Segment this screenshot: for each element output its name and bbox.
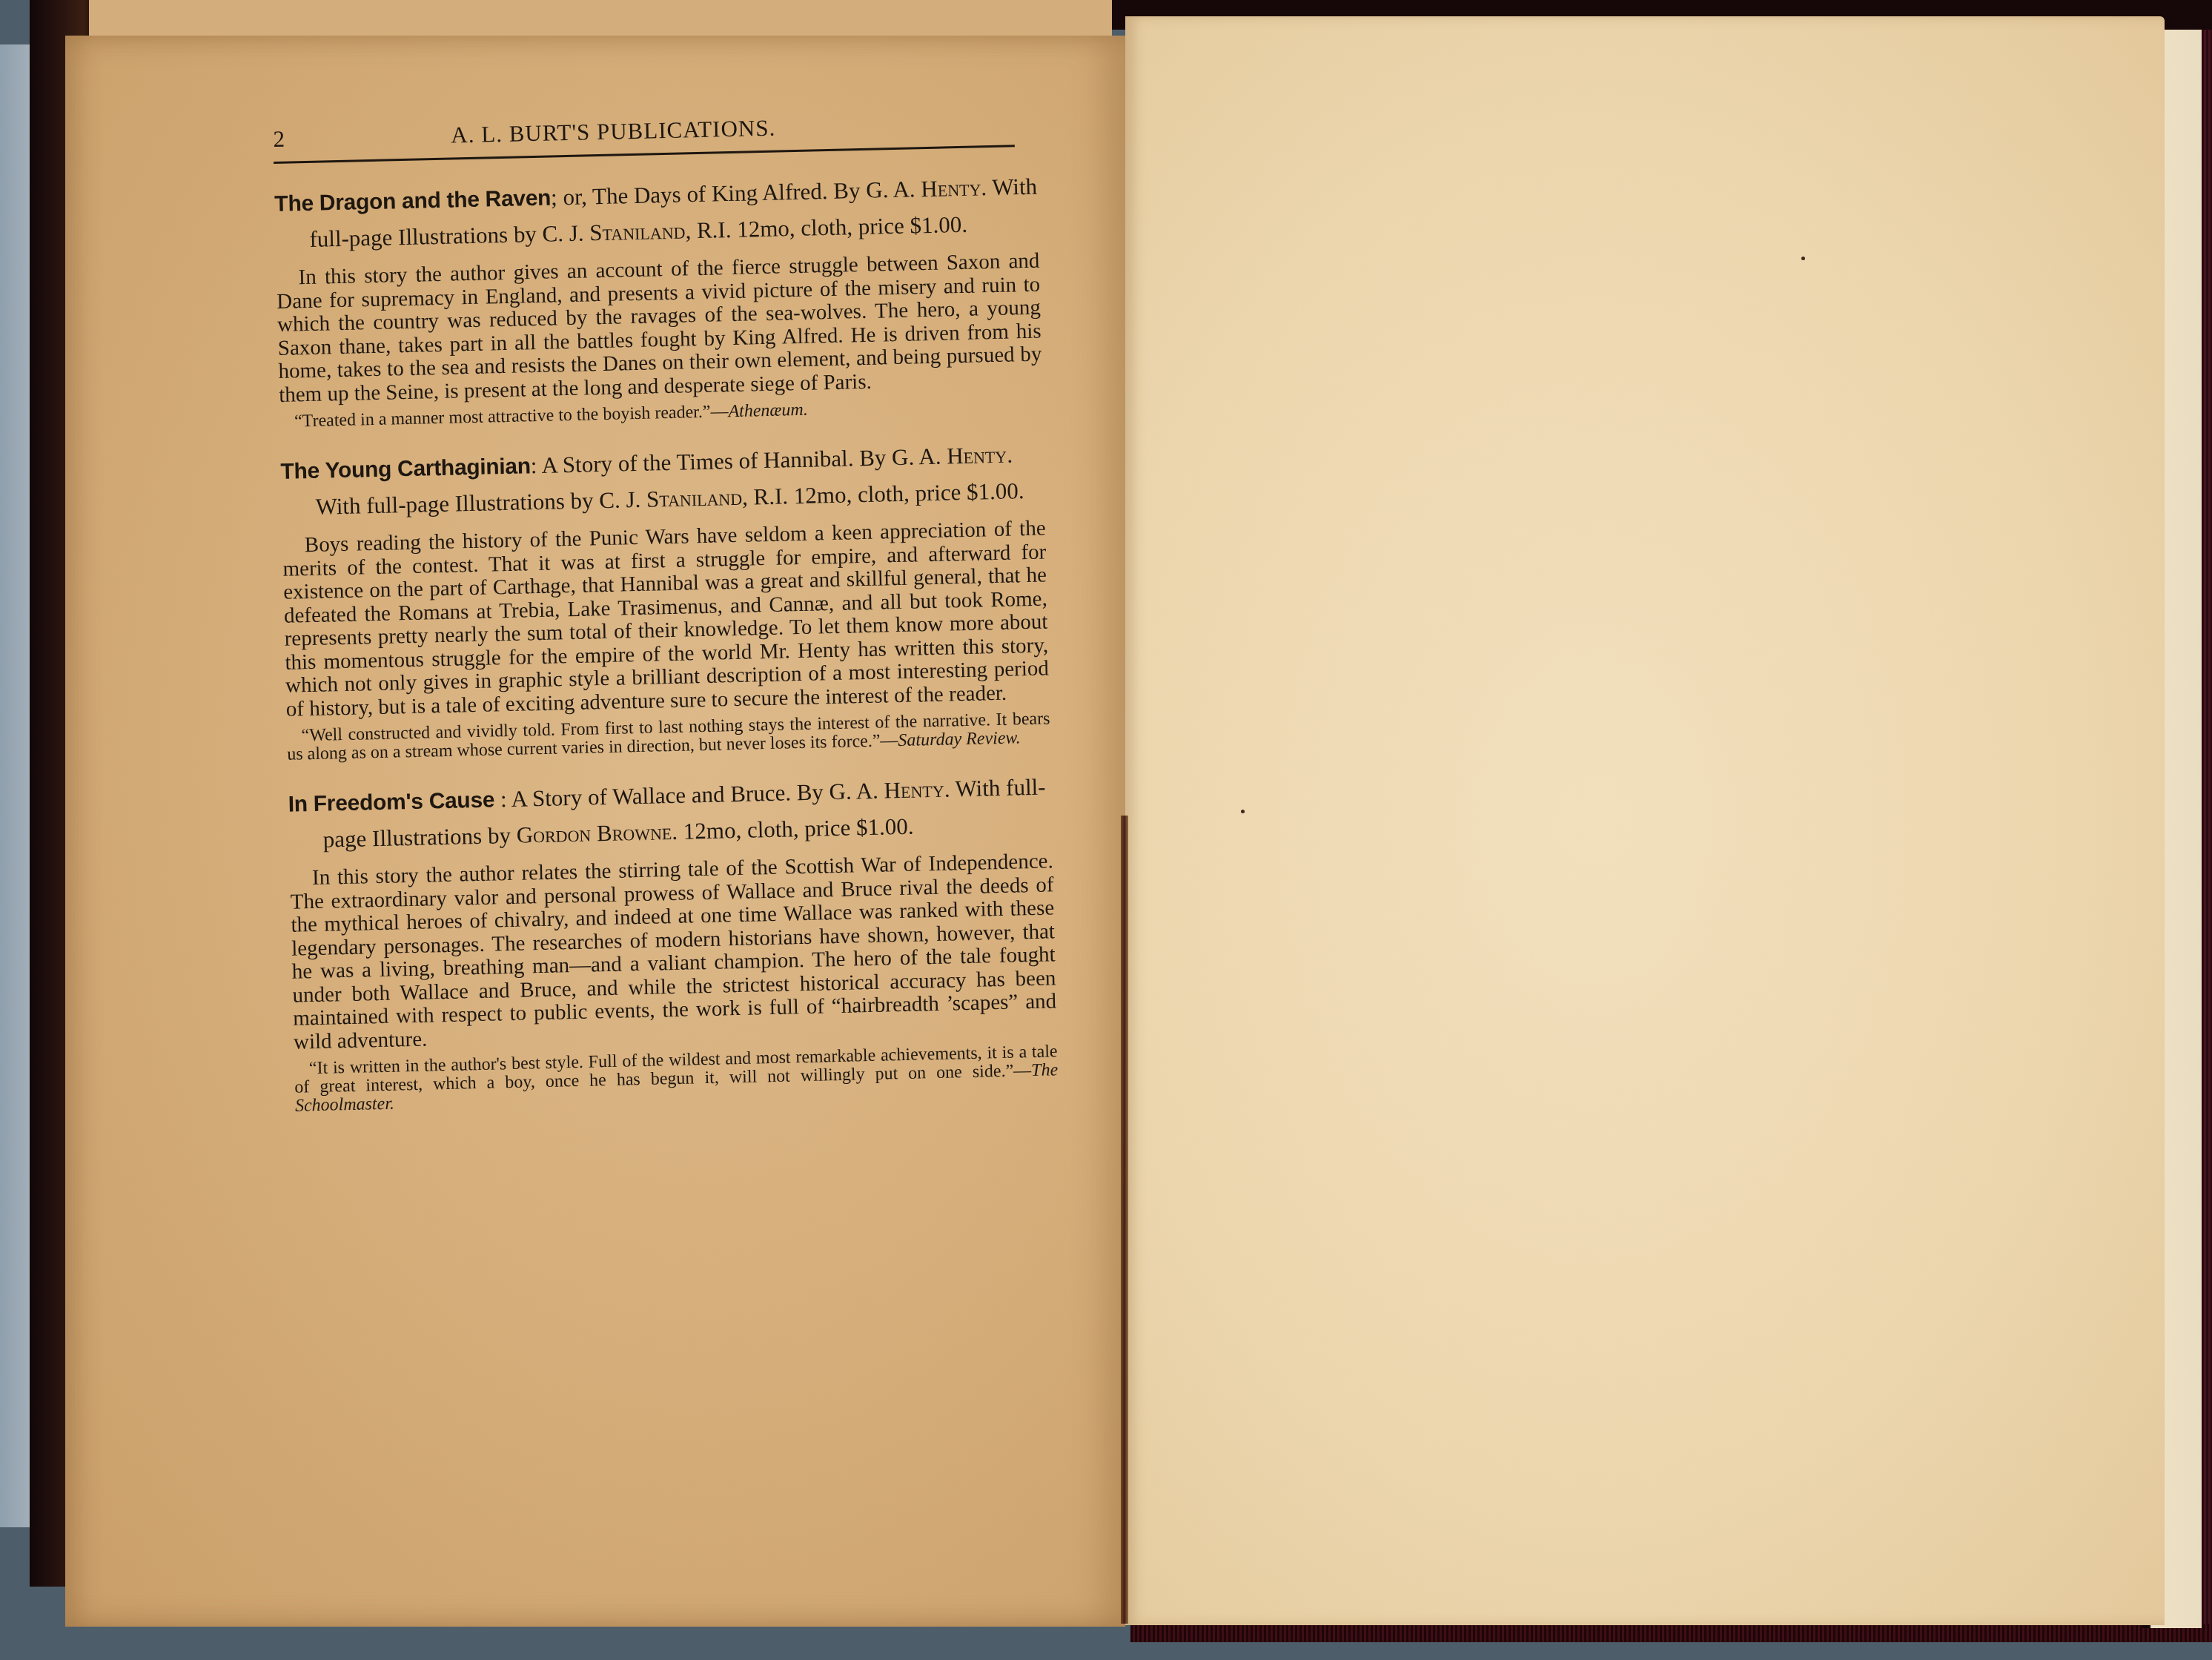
author-initials: G. A. [866, 176, 921, 203]
paper-speck [1801, 257, 1805, 260]
illustrator-name: Gordon Browne [516, 819, 672, 848]
book-title: In Freedom's Cause [288, 787, 494, 816]
book-subtitle: or, The Days of King Alfred. By [557, 177, 866, 210]
format-price: . 12mo, cloth, price $1.00. [672, 813, 914, 844]
book-description: In this story the author relates the sti… [290, 850, 1057, 1054]
right-page-blank [1125, 16, 2165, 1625]
book-cover-bottom-edge [1130, 1624, 2212, 1642]
entry-heading: The Young Carthaginian: A Story of the T… [280, 437, 1045, 526]
illustrator-name: Staniland [646, 484, 743, 512]
book-title: The Dragon and the Raven [274, 186, 552, 216]
review-source: Saturday Review. [898, 728, 1021, 750]
book-entry: The Young Carthaginian: A Story of the T… [280, 437, 1050, 764]
paper-speck [1241, 810, 1245, 813]
author-name: Henty [947, 442, 1007, 469]
left-page-text: 2 A. L. BURT'S PUBLICATIONS. The Dragon … [273, 109, 1059, 1116]
format-price: , R.I. 12mo, cloth, price $1.00. [742, 477, 1024, 510]
illustrator-name: Staniland [589, 217, 686, 245]
entry-heading: In Freedom's Cause : A Story of Wallace … [288, 769, 1053, 858]
review-text: “Treated in a manner most attractive to … [294, 402, 729, 431]
left-page-back-leaf [89, 0, 1112, 37]
format-price: , R.I. 12mo, cloth, price $1.00. [685, 211, 967, 244]
author-name: Henty [921, 174, 981, 202]
book-title: The Young Carthaginian [280, 454, 531, 484]
title-punct: : [494, 786, 507, 812]
author-name: Henty [884, 776, 944, 804]
author-initials: G. A. [892, 443, 947, 470]
review-source: Athenæum. [728, 400, 808, 421]
gutter-tear [1121, 816, 1128, 1624]
book-subtitle: A Story of the Times of Hannibal. By [537, 444, 892, 478]
entry-heading: The Dragon and the Raven; or, The Days o… [274, 169, 1039, 258]
book-description: Boys reading the history of the Punic Wa… [282, 517, 1050, 721]
page-number: 2 [273, 126, 285, 153]
book-subtitle: A Story of Wallace and Bruce. By G. A. [506, 778, 884, 813]
book-entry: In Freedom's Cause : A Story of Wallace … [288, 769, 1059, 1115]
book-description: In this story the author gives an accoun… [276, 250, 1042, 407]
book-entry: The Dragon and the Raven; or, The Days o… [274, 169, 1043, 431]
